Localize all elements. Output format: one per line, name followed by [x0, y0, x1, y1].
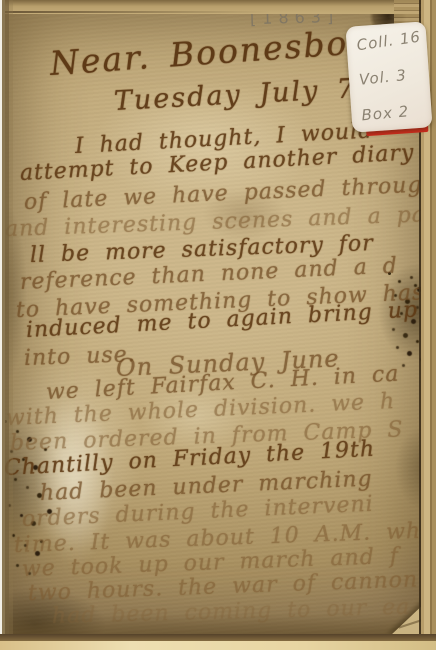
scanned-diary-page: [1863] Near. Boonesboro, Md Tuesday July…: [0, 0, 436, 650]
book-left-edge: [0, 0, 13, 650]
archive-label-sticker: Coll. 16 Vol. 3 Box 2: [345, 21, 432, 132]
archive-label-collection: Coll. 16: [356, 28, 422, 55]
page-bottom-shading: [0, 614, 436, 636]
archive-label-volume: Vol. 3: [358, 66, 407, 89]
top-crease-line: [0, 11, 270, 13]
underlying-page-strip: [0, 641, 436, 650]
archive-label-box: Box 2: [361, 102, 410, 124]
